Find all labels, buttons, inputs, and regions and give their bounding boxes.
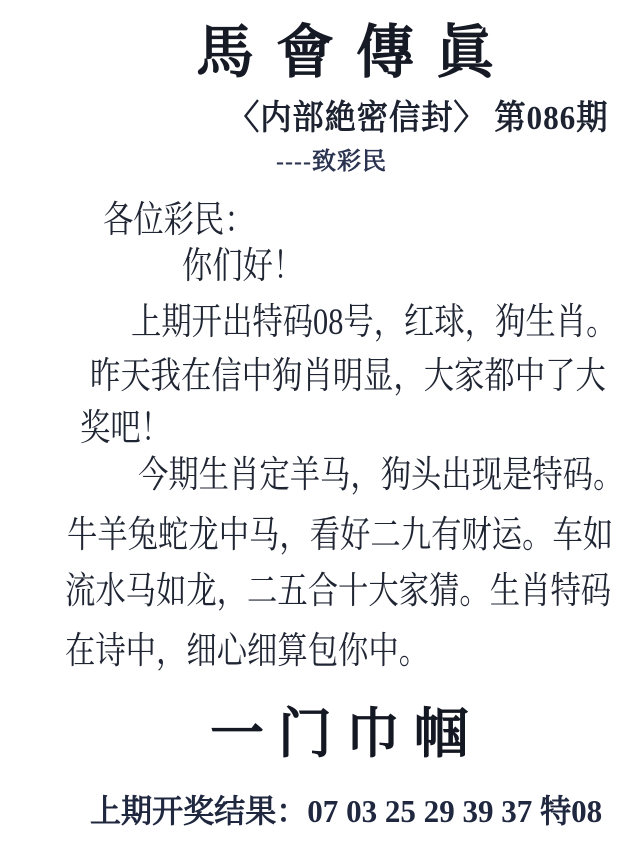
issue-line: 〈内部絶密信封〉 第086期 xyxy=(228,102,608,136)
letter-line: 昨天我在信中狗肖明显，大家都中了大 xyxy=(90,358,606,395)
fax-sheet: 馬會傳眞 〈内部絶密信封〉 第086期 ----致彩民 各位彩民： 你们好！ 上… xyxy=(0,0,640,848)
greeting: 你们好！ xyxy=(182,248,303,285)
dedication-line: ----致彩民 xyxy=(276,150,387,174)
tip-phrase: 一门巾帼 xyxy=(210,707,482,761)
letter-line: 牛羊兔蛇龙中马，看好二九有财运。车如 xyxy=(67,517,613,554)
salutation: 各位彩民： xyxy=(103,202,255,239)
letter-line: 在诗中，细心细算包你中。 xyxy=(65,633,429,670)
page-title: 馬會傳眞 xyxy=(196,24,516,82)
letter-line: 上期开出特码08号，红球，狗生肖。 xyxy=(131,304,616,341)
letter-line: 流水马如龙，二五合十大家猜。生肖特码 xyxy=(65,573,611,610)
letter-line: 今期生肖定羊马，狗头出现是特码。 xyxy=(138,457,623,494)
previous-draw-result: 上期开奖结果：07 03 25 29 39 37 特08 xyxy=(90,795,602,827)
letter-line: 奖吧！ xyxy=(80,410,171,447)
